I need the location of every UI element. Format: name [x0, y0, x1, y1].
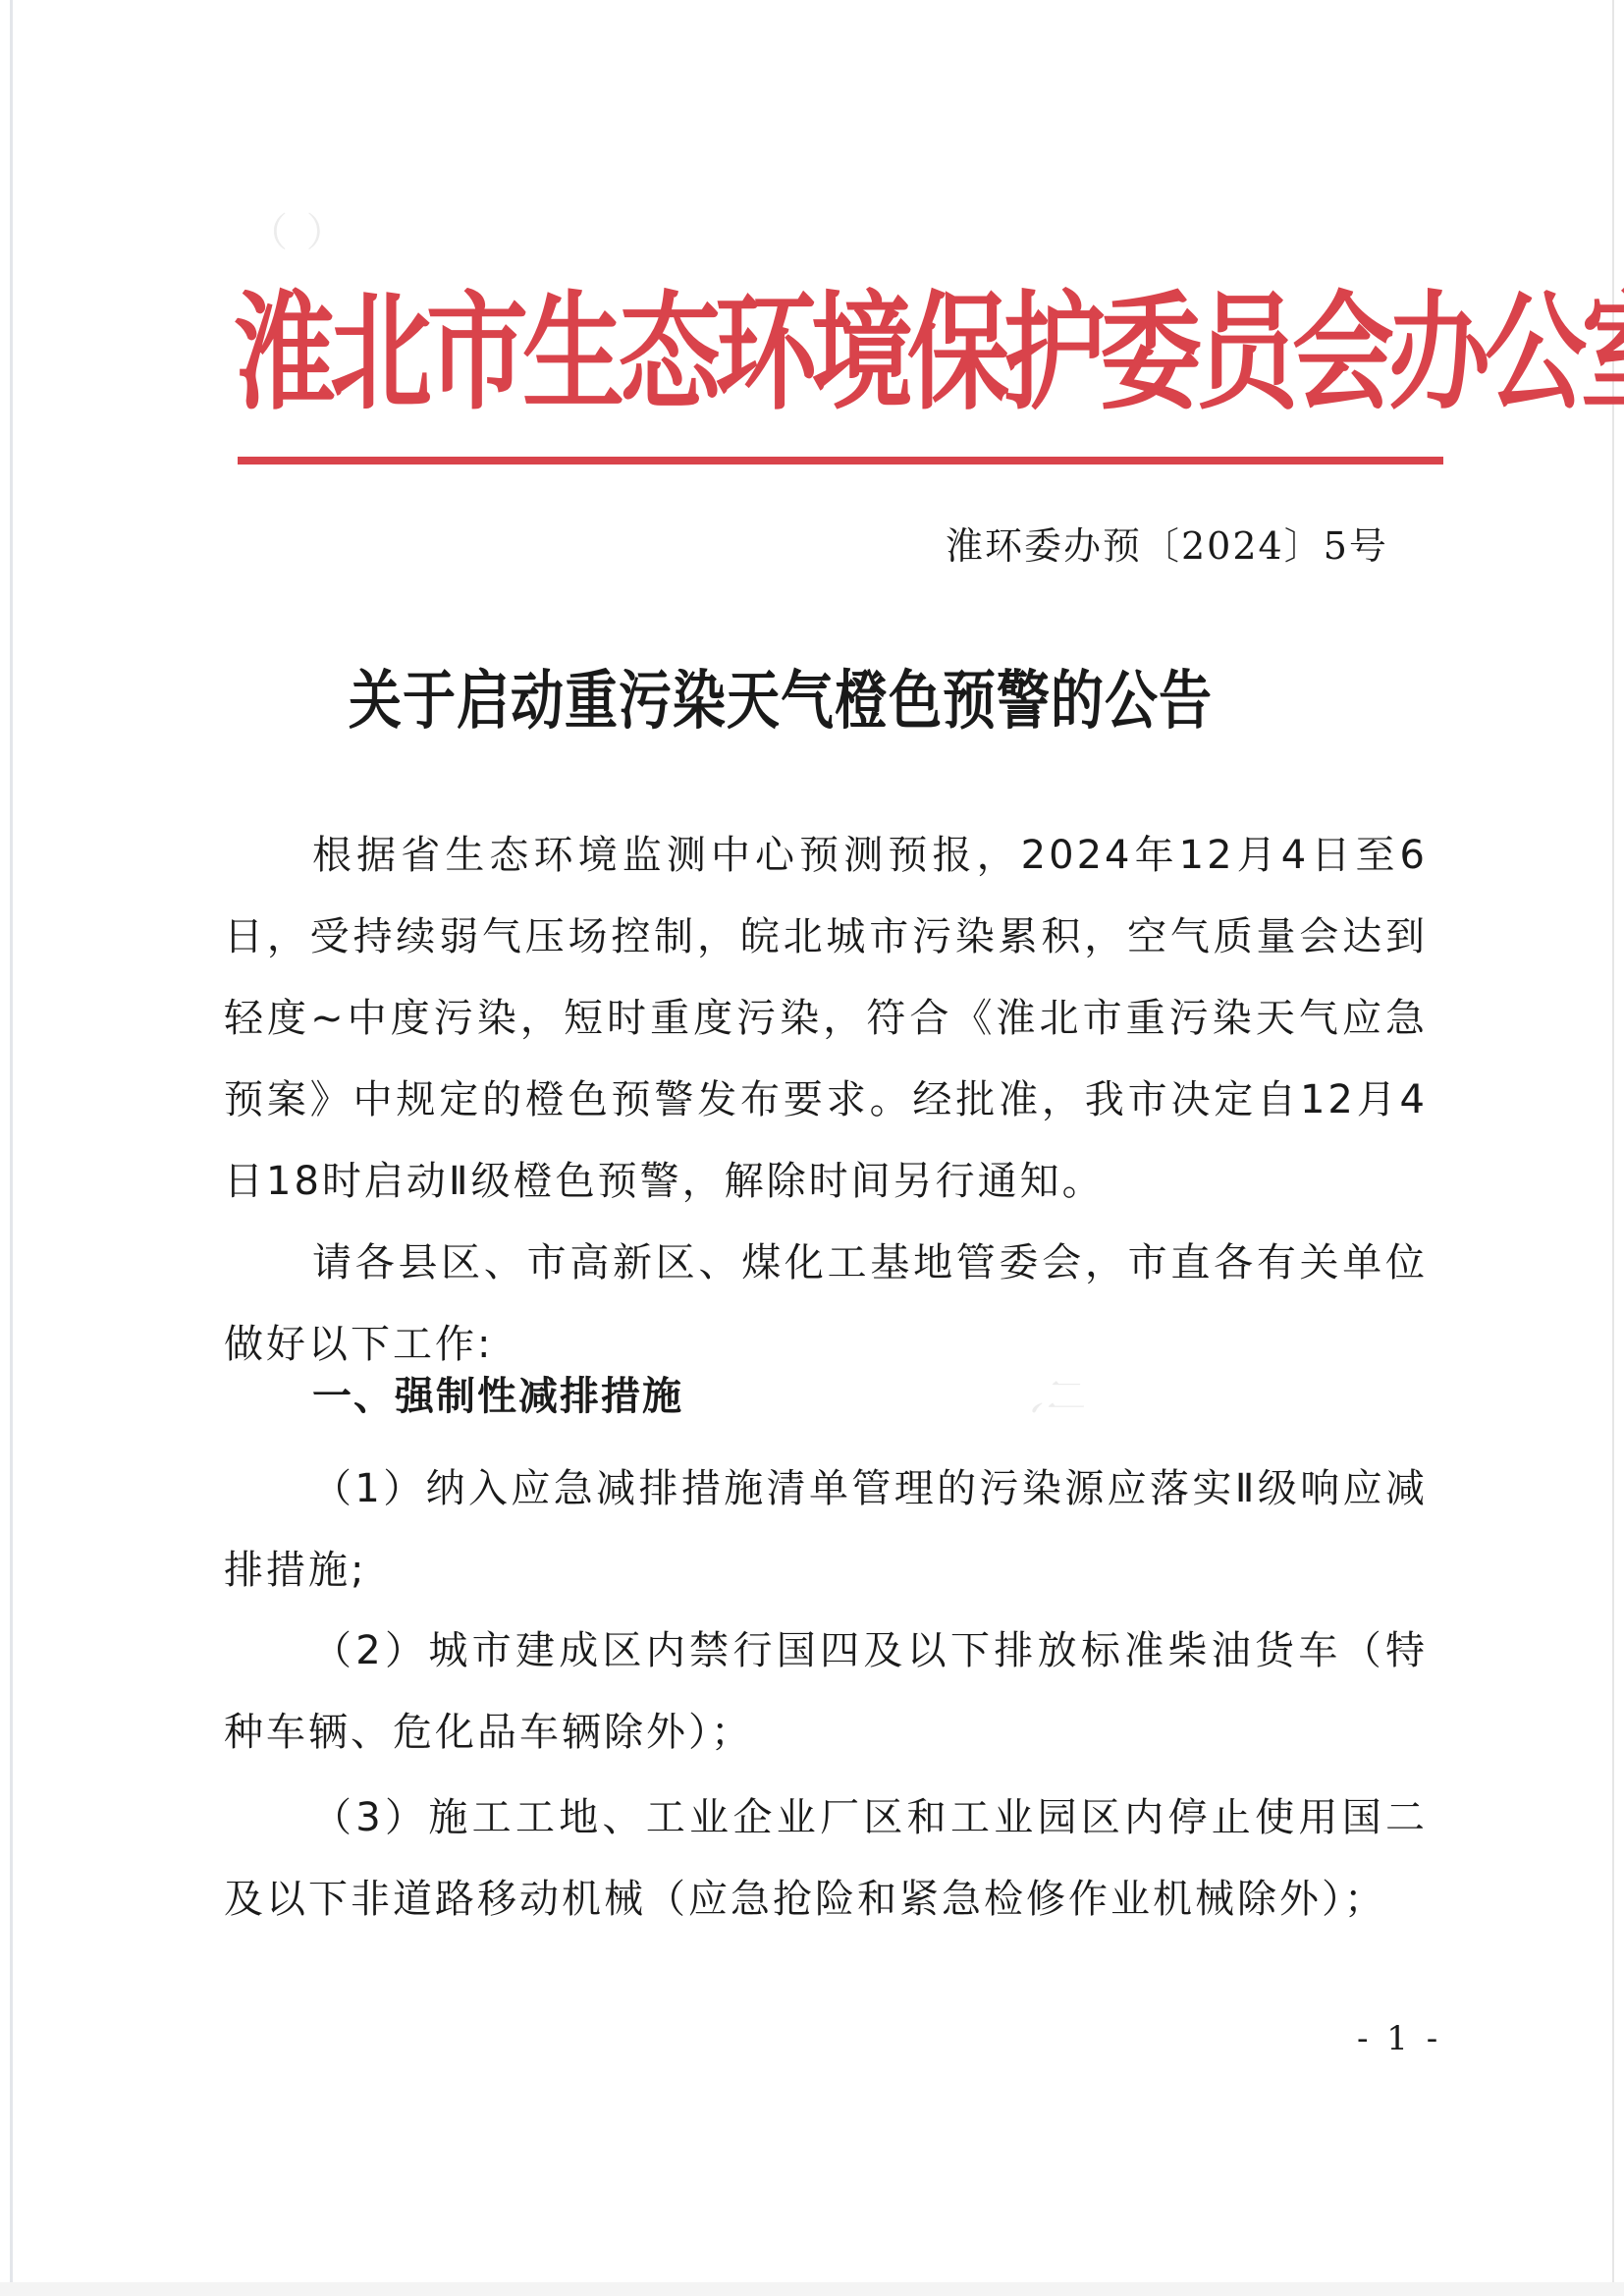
- section-heading-mandatory-measures: 一、强制性减排措施: [312, 1365, 683, 1421]
- page-number: - 1 -: [1357, 2019, 1441, 2058]
- intro-paragraph: 根据省生态环境监测中心预测预报，2024年12月4日至6日，受持续弱气压场控制，…: [224, 815, 1428, 1223]
- issuer-masthead: 淮北市生态环境保护委员会办公室: [234, 244, 1451, 440]
- document-number: 淮环委办预〔2024〕5号: [946, 516, 1388, 570]
- page-edge-bottom: [0, 2282, 1624, 2296]
- request-paragraph: 请各县区、市高新区、煤化工基地管委会，市直各有关单位做好以下工作:: [224, 1223, 1428, 1386]
- measure-item-1: （1）纳入应急减排措施清单管理的污染源应落实Ⅱ级响应减排措施;: [224, 1449, 1428, 1612]
- document-title: 关于启动重污染天气橙色预警的公告: [349, 650, 1213, 740]
- measure-item-2: （2）城市建成区内禁行国四及以下排放标准柴油货车（特种车辆、危化品车辆除外）；: [224, 1611, 1428, 1774]
- measure-item-3: （3）施工工地、工业企业厂区和工业园区内停止使用国二及以下非道路移动机械（应急抢…: [224, 1777, 1428, 1941]
- red-divider-rule: [238, 457, 1443, 465]
- page-edge-left: [10, 0, 13, 2296]
